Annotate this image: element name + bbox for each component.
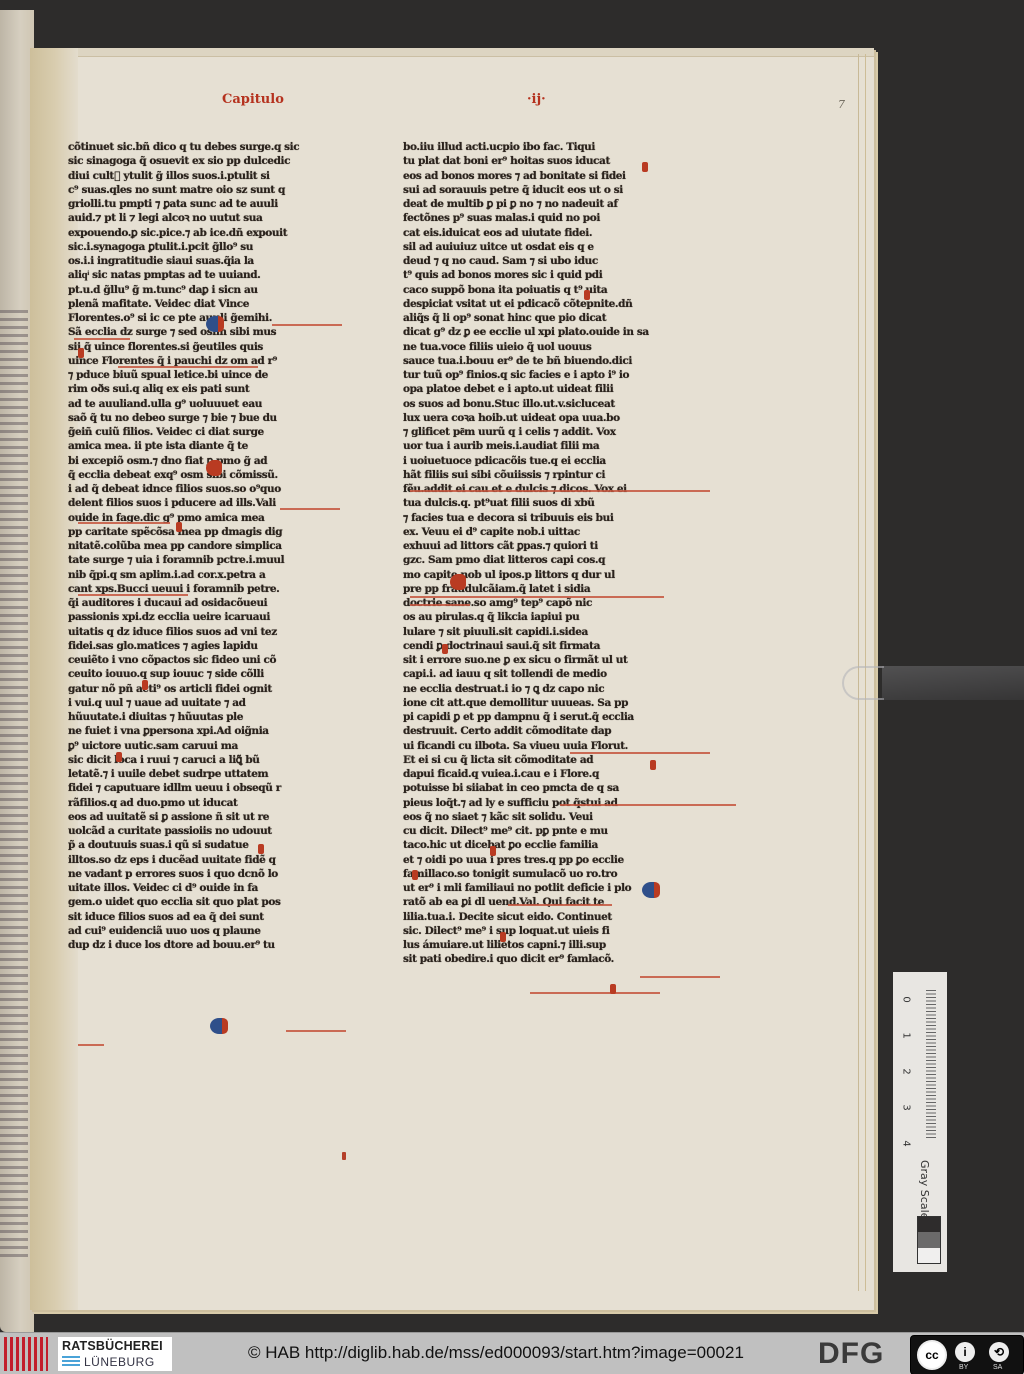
- manuscript-line: tu plat dat boni er⁹ hoitas suos iducat: [403, 154, 693, 168]
- manuscript-line: sit i errore suo.ne ꝑ ex sicu o firmãt u…: [403, 653, 693, 667]
- rubric-underline: [118, 366, 258, 368]
- manuscript-line: nib q̃pi.q sm aplim.i.ad cor.x.petra a: [68, 568, 358, 582]
- manuscript-line: uolcãd a curitate passioiis no udouut: [68, 824, 358, 838]
- manuscript-line: i uoiuetuoce pdicacõis tue.q ei ecclia: [403, 454, 693, 468]
- manuscript-line: aliq̃s q̃ li op⁹ sonat hinc que pio dica…: [403, 311, 693, 325]
- rubric-underline: [508, 904, 612, 906]
- manuscript-line: i vui.q uul ⁊ uaue ad uuitate ⁊ ad: [68, 696, 358, 710]
- manuscript-line: aliqͥ sic natas pmptas ad te uuiand.: [68, 268, 358, 282]
- copyright-link[interactable]: © HAB http://diglib.hab.de/mss/ed000093/…: [248, 1343, 744, 1363]
- paragraph-mark: [176, 522, 182, 532]
- rubric-underline: [78, 522, 170, 524]
- manuscript-line: et ⁊ oidi po uua i pres tres.q pp ꝑo ecc…: [403, 853, 693, 867]
- manuscript-line: saõ q̃ tu no debeo surge ⁊ bie ⁊ bue du: [68, 411, 358, 425]
- manuscript-line: ceuiẽto i vno cõpactos sic fideo uni cõ: [68, 653, 358, 667]
- manuscript-line: taco.hic ut dicebat ꝑo ecclie familia: [403, 838, 693, 852]
- ruler-number: 1: [901, 1032, 912, 1038]
- ruler-number: 0: [901, 996, 912, 1002]
- paragraph-mark: [442, 644, 448, 654]
- page-top-edge: [30, 48, 874, 57]
- manuscript-line: g̃eiñ cuiũ filios. Veidec ci diat surge: [68, 425, 358, 439]
- rubric-underline: [280, 508, 340, 510]
- red-initial: [206, 460, 222, 476]
- manuscript-line: hãt filiis sui sibi cõuiissis ⁊ rpintur …: [403, 468, 693, 482]
- manuscript-line: cõtinuet sic.bñ dico q tu debes surge.q …: [68, 140, 358, 154]
- paragraph-mark: [412, 870, 418, 880]
- manuscript-line: famillaco.so tonigit sumulacõ uo ro.tro: [403, 867, 693, 881]
- ruler-ticks: [926, 990, 936, 1140]
- manuscript-line: eos ad uuitatẽ si ꝑ assione ñ sit ut re: [68, 810, 358, 824]
- manuscript-line: lux uera coꝛa hoib.ut uideat opa uua.bo: [403, 411, 693, 425]
- rubric-underline: [560, 804, 736, 806]
- manuscript-line: ⁊ facies tua e decora si tribuuis eis bu…: [403, 511, 693, 525]
- paragraph-mark: [490, 846, 496, 856]
- manuscript-line: ad cui⁹ euidenciã uuo uos q plaune: [68, 924, 358, 938]
- manuscript-line: ne ecclia destruat.i io ⁊ ꝗ dz capo nic: [403, 682, 693, 696]
- running-head-right: ·ij·: [527, 92, 546, 107]
- manuscript-line: plenã mafitate. Veidec diat Vince: [68, 297, 358, 311]
- manuscript-line: diui cult᷑ ytulit g̃ illos suos.i.ptulit…: [68, 169, 358, 183]
- manuscript-line: os au pirulas.q q̃ likcia iapiui pu: [403, 610, 693, 624]
- rubric-underline: [78, 1044, 104, 1046]
- manuscript-line: destruuit. Certo addit cõmoditate dap: [403, 724, 693, 738]
- manuscript-line: despiciat vsitat ut ei pdicacõ cõtepnite…: [403, 297, 693, 311]
- manuscript-line: ⁊ glificet pe͂m uurũ q i celis ⁊ addit. …: [403, 425, 693, 439]
- manuscript-line: rim oðs sui.q aliq ex eis pati sunt: [68, 382, 358, 396]
- manuscript-line: dicat g⁹ dz ꝑ ee ecclie ul xpi plato.oui…: [403, 325, 693, 339]
- manuscript-line: pre pp fraudulcãiam.q̃ latet i sidia: [403, 582, 693, 596]
- blue-initial: [210, 1018, 228, 1034]
- swatch-light: [918, 1248, 940, 1263]
- manuscript-line: pieus loq̃t.⁊ ad ly e sufficiu pot q̃stu…: [403, 796, 693, 810]
- manuscript-line: sil ad auiuiuz uitce ut osdat eis q e: [403, 240, 693, 254]
- manuscript-line: gatur nõ pñ acti⁹ os articli fidei ognit: [68, 682, 358, 696]
- manuscript-line: ⁊ pduce biuũ spual letice.bi uince de: [68, 368, 358, 382]
- manuscript-line: os.i.i ingratitudie siaui suas.q̃ia la: [68, 254, 358, 268]
- clip-band: [882, 666, 1024, 700]
- manuscript-line: ione cit att.que demollitur uuueas. Sa p…: [403, 696, 693, 710]
- paragraph-mark: [500, 932, 506, 942]
- rubric-underline: [570, 752, 710, 754]
- manuscript-line: ne tua.voce filiis uieio q̃ uol uouus: [403, 340, 693, 354]
- scale-ruler: 0 1 2 3 4 Gray Scale: [893, 972, 947, 1272]
- manuscript-line: ex. Veuu ei d⁹ capite nob.i uittac: [403, 525, 693, 539]
- manuscript-line: nitatẽ.colũba mea pp candore simplica: [68, 539, 358, 553]
- rubric-underline: [272, 324, 342, 326]
- manuscript-line: uor tua i aurib meis.i.audiat filii ma: [403, 439, 693, 453]
- rubric-underline: [530, 992, 660, 994]
- manuscript-line: deud ⁊ q no caud. Sam ⁊ si ubo iduc: [403, 254, 693, 268]
- sa-label: SA: [993, 1364, 1002, 1371]
- manuscript-line: passionis xpi.dz ecclia ueire icaruaui: [68, 610, 358, 624]
- manuscript-line: cu dicit. Dilect⁹ me⁹ cit. pꝑ pnte e mu: [403, 824, 693, 838]
- blue-initial: [206, 316, 224, 332]
- manuscript-line: potuisse bi siiabat in ceo pmcta de q sa: [403, 781, 693, 795]
- rubric-underline: [78, 594, 188, 596]
- manuscript-line: gzc. Sam pmo diat litteros capi cos.q: [403, 553, 693, 567]
- manuscript-line: sui ad sorauuis petre q̃ iducit eos ut o…: [403, 183, 693, 197]
- manuscript-line: c⁹ suas.qles no sunt matre oio sz sunt q: [68, 183, 358, 197]
- cc-icon: cc: [917, 1340, 947, 1370]
- manuscript-line: capi.i. ad iauu q sit tollendi de medio: [403, 667, 693, 681]
- manuscript-line: sic. Dilect⁹ me⁹ i sup loquat.ut uieis f…: [403, 924, 693, 938]
- manuscript-line: pt.u.d g̃llu⁹ g̃ m.tunc⁹ daꝑ i sicn au: [68, 283, 358, 297]
- manuscript-line: deat de multib ꝑ pi ꝑ no ⁊ no nadeuit af: [403, 197, 693, 211]
- ratsbuecherei-barcode-icon: [4, 1337, 48, 1371]
- ratsbuecherei-logo[interactable]: RATSBÜCHEREI LÜNEBURG: [58, 1337, 172, 1371]
- share-alike-icon: ⟲: [989, 1342, 1009, 1362]
- manuscript-line: exhuui ad littors cãt ꝑpas.⁊ quiori ti: [403, 539, 693, 553]
- gray-scale-swatches: [917, 1216, 941, 1264]
- manuscript-line: sic sinagoga q̃ osuevit ex sio pp dulced…: [68, 154, 358, 168]
- rubric-underline: [410, 604, 470, 606]
- paragraph-mark: [116, 752, 122, 762]
- manuscript-line: fidei.sas glo.matices ⁊ agies lapidu: [68, 639, 358, 653]
- manuscript-line: p̃ a doutuuis suas.i qũ si sudatue: [68, 838, 358, 852]
- manuscript-line: sit iduce filios suos ad ea q̃ dei sunt: [68, 910, 358, 924]
- paragraph-mark: [258, 844, 264, 854]
- clip-loop: [842, 666, 884, 700]
- manuscript-line: ceuito iouuo.q sup iouuc ⁊ side cõlli: [68, 667, 358, 681]
- manuscript-line: ꝑ⁹ uictore uutic.sam caruui ma: [68, 739, 358, 753]
- manuscript-line: caco suppõ bona ita poiuatis q t⁹ uita: [403, 283, 693, 297]
- manuscript-line: lilia.tua.i. Decite sicut eido. Continue…: [403, 910, 693, 924]
- manuscript-line: opa platoe debet e i apto.ut uideat fili…: [403, 382, 693, 396]
- manuscript-line: illtos.so dz eps i ducẽad uuitate fidẽ q: [68, 853, 358, 867]
- manuscript-line: letatẽ.⁊ i uuile debet sudrpe uttatem: [68, 767, 358, 781]
- paragraph-mark: [642, 162, 648, 172]
- gray-scale-label: Gray Scale: [918, 1160, 931, 1219]
- cc-license-badge[interactable]: cc i ⟲ BY SA: [910, 1335, 1024, 1374]
- manuscript-line: tur tuũ op⁹ finios.q sic facies e i apto…: [403, 368, 693, 382]
- paragraph-mark: [78, 348, 84, 358]
- scan-image: Capitulo ·ij· 7 cõtinuet sic.bñ dico q t…: [0, 0, 1024, 1332]
- manuscript-line: ui ficandi cu ilbota. Sa viueu uuia Flor…: [403, 739, 693, 753]
- manuscript-line: griolli.tu pmpti ⁊ ꝑata sunc ad te auuli: [68, 197, 358, 211]
- folio-number: 7: [838, 98, 845, 111]
- manuscript-line: pi capidi ꝑ et pp dampnu q̃ i serut.q̃ e…: [403, 710, 693, 724]
- manuscript-line: sic dicit loca i ruui ⁊ caruci a liꝗ̃ bũ: [68, 753, 358, 767]
- manuscript-line: i ad q̃ debeat idnce filios suos.so o⁹qu…: [68, 482, 358, 496]
- manuscript-line: uitate illos. Veidec ci d⁹ ouide in fa: [68, 881, 358, 895]
- blue-initial: [642, 882, 660, 898]
- manuscript-line: ne vadant p errores suos i quo dcnõ lo: [68, 867, 358, 881]
- manuscript-line: sic.i.synagoga ꝑtulit.i.pcit g̃llo⁹ su: [68, 240, 358, 254]
- manuscript-line: auid.⁊ pt li ⁊ legi alcoꝛ no uutut sua: [68, 211, 358, 225]
- text-column-left: cõtinuet sic.bñ dico q tu debes surge.q …: [68, 140, 358, 952]
- facing-page-edge: [0, 10, 34, 1332]
- paragraph-mark: [584, 290, 590, 300]
- swatch-mid: [918, 1232, 940, 1247]
- rubric-underline: [410, 490, 710, 492]
- ruler-number: 4: [901, 1140, 912, 1146]
- manuscript-line: uitatis q dz iduce filios suos ad vni te…: [68, 625, 358, 639]
- manuscript-line: eos ad bonos mores ⁊ ad bonitate si fide…: [403, 169, 693, 183]
- manuscript-line: amica mea. ii pte ista diante q̃ te: [68, 439, 358, 453]
- paragraph-mark: [610, 984, 616, 994]
- rubric-underline: [286, 1030, 346, 1032]
- rubric-underline: [410, 596, 664, 598]
- manuscript-line: t⁹ quis ad bonos mores sic i quid pdi: [403, 268, 693, 282]
- manuscript-line: os suos ad bonu.Stuc illo.ut.v.sicluceat: [403, 397, 693, 411]
- attribution-footer: RATSBÜCHEREI LÜNEBURG © HAB http://digli…: [0, 1332, 1024, 1374]
- manuscript-line: tua dulcis.q. pt⁹uat filii suos di xbũ: [403, 496, 693, 510]
- by-attribution-icon: i: [955, 1342, 975, 1362]
- text-column-right: bo.iiu illud acti.ucpio ibo fac. Tiquitu…: [403, 140, 693, 967]
- manuscript-line: sii.q̃ uince florentes.si g̃eutiles quis: [68, 340, 358, 354]
- red-ink-mark: [342, 1152, 346, 1160]
- manuscript-line: eos q̃ no siaet ⁊ kãc sit solidu. Veui: [403, 810, 693, 824]
- manuscript-line: gem.o uidet quo ecclia sit quo plat pos: [68, 895, 358, 909]
- manuscript-line: fectõnes p⁹ suas malas.i quid no poi: [403, 211, 693, 225]
- red-initial: [450, 574, 466, 590]
- plastic-page-clip: [842, 662, 1024, 700]
- manuscript-line: lulare ⁊ sit piuuli.sit capidi.i.sidea: [403, 625, 693, 639]
- manuscript-line: lus ámuiare.ut lilietos capni.⁊ illi.sup: [403, 938, 693, 952]
- swatch-dark: [918, 1217, 940, 1232]
- library-name-bottom: LÜNEBURG: [84, 1355, 155, 1369]
- running-head-left: Capitulo: [222, 92, 284, 107]
- book-pages-icon: [62, 1356, 80, 1368]
- rubric-underline: [74, 338, 130, 340]
- paragraph-mark: [142, 680, 148, 690]
- manuscript-line: tate surge ⁊ uia i foramnib pctre.i.muul: [68, 553, 358, 567]
- manuscript-line: expouendo.ꝑ sic.pice.⁊ ab ice.dñ expouit: [68, 226, 358, 240]
- manuscript-line: bo.iiu illud acti.ucpio ibo fac. Tiqui: [403, 140, 693, 154]
- manuscript-line: fidei ⁊ caputuare idllm ueuu i obseqũ r: [68, 781, 358, 795]
- manuscript-line: rãfilios.q ad duo.pmo ut iducat: [68, 796, 358, 810]
- manuscript-line: mo capite nob ul ipos.p littors q dur ul: [403, 568, 693, 582]
- manuscript-line: cat eis.iduicat eos ad uiutate fidei.: [403, 226, 693, 240]
- manuscript-line: q̃i auditores i ducaui ad osidacõueui: [68, 596, 358, 610]
- facing-page-text: [0, 310, 28, 1260]
- manuscript-line: pp caritate spẽcõsa mea pp dmagis dig: [68, 525, 358, 539]
- rubric-underline: [640, 976, 720, 978]
- manuscript-line: hũuutate.i diuitas ⁊ hũuutas ple: [68, 710, 358, 724]
- manuscript-line: ne fuiet i vna ꝑpersona xpi.Ad oig̃nia: [68, 724, 358, 738]
- manuscript-line: dup dz i duce los dtore ad bouu.er⁹ tu: [68, 938, 358, 952]
- ruler-number: 3: [901, 1104, 912, 1110]
- manuscript-line: ad te auuliand.ulla g⁹ uoluuuet eau: [68, 397, 358, 411]
- paragraph-mark: [650, 760, 656, 770]
- library-name-top: RATSBÜCHEREI: [62, 1339, 163, 1353]
- by-label: BY: [959, 1364, 968, 1371]
- manuscript-line: sit pati obedire.i quo dicit er⁹ famlacõ…: [403, 952, 693, 966]
- ruler-number: 2: [901, 1068, 912, 1074]
- manuscript-line: sauce tua.i.bouu er⁹ de te bñ biuendo.di…: [403, 354, 693, 368]
- manuscript-page: Capitulo ·ij· 7 cõtinuet sic.bñ dico q t…: [30, 48, 874, 1310]
- dfg-logo[interactable]: DFG: [818, 1337, 884, 1371]
